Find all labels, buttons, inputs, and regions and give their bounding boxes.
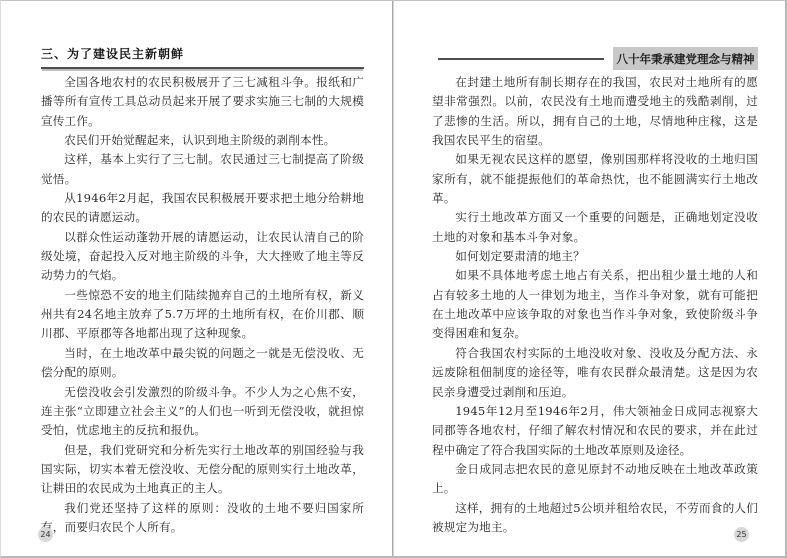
paragraph: 1945年12月至1946年2月，伟大领袖金日成同志视察大同郡等各地农村，仔细了… bbox=[432, 402, 758, 460]
left-running-head-text: 三、为了建设民主新朝鲜 bbox=[41, 47, 184, 61]
book-spread: 三、为了建设民主新朝鲜 全国各地农村的农民积极展开了三七减租斗争。报纸和广播等所… bbox=[0, 0, 787, 558]
right-running-head-box: 八十年秉承建党理念与精神 bbox=[613, 47, 758, 70]
paragraph: 我们党还坚持了这样的原则：没收的土地不要归国家所有，而要归农民个人所有。 bbox=[41, 499, 364, 538]
paragraph: 如何划定要肃清的地主？ bbox=[432, 247, 758, 266]
right-running-head: 八十年秉承建党理念与精神 bbox=[438, 47, 758, 70]
paragraph: 无偿没收会引发激烈的阶级斗争。不少人为之心焦不安，连主张“立即建立社会主义”的人… bbox=[41, 383, 364, 441]
paragraph: 以群众性运动蓬勃开展的请愿运动，让农民认清自己的阶级处境，奋起投入反对地主阶级的… bbox=[41, 228, 364, 286]
page-left: 三、为了建设民主新朝鲜 全国各地农村的农民积极展开了三七减租斗争。报纸和广播等所… bbox=[1, 1, 393, 556]
left-page-body: 全国各地农村的农民积极展开了三七减租斗争。报纸和广播等所有宣传工具总动员起来开展… bbox=[41, 73, 364, 537]
page-number-left: 24 bbox=[38, 527, 53, 542]
paragraph: 全国各地农村的农民积极展开了三七减租斗争。报纸和广播等所有宣传工具总动员起来开展… bbox=[41, 73, 364, 131]
paragraph: 如果无视农民这样的愿望，像别国那样将没收的土地归国家所有，就不能提振他们的革命热… bbox=[432, 150, 758, 208]
page-right: 八十年秉承建党理念与精神 在封建土地所有制长期存在的我国，农民对土地所有的愿望非… bbox=[393, 1, 785, 556]
paragraph: 实行土地改革方面又一个重要的问题是，正确地划定没收土地的对象和基本斗争对象。 bbox=[432, 208, 758, 247]
paragraph: 一些惊恐不安的地主们陆续抛弃自己的土地所有权，新义州共有24名地主放弃了5.7万… bbox=[41, 286, 364, 344]
paragraph: 如果不具体地考虑土地占有关系，把出租少量土地的人和占有较多土地的人一律划为地主，… bbox=[432, 266, 758, 343]
paragraph: 农民们开始觉醒起来，认识到地主阶级的剥削本性。 bbox=[41, 131, 364, 150]
paragraph: 符合我国农村实际的土地没收对象、没收及分配方法、永远废除租佃制度的途径等，唯有农… bbox=[432, 344, 758, 402]
paragraph: 当时，在土地改革中最尖锐的问题之一就是无偿没收、无偿分配的原则。 bbox=[41, 344, 364, 383]
paragraph: 这样，拥有的土地超过5公顷并租给农民，不劳而食的人们被规定为地主。 bbox=[432, 499, 758, 538]
paragraph: 金日成同志把农民的意见原封不动地反映在土地改革政策上。 bbox=[432, 460, 758, 499]
page-number-right: 25 bbox=[734, 527, 749, 542]
left-running-head: 三、为了建设民主新朝鲜 bbox=[41, 45, 364, 69]
paragraph: 这样，基本上实行了三七制。农民通过三七制提高了阶级觉悟。 bbox=[41, 150, 364, 189]
paragraph: 但是，我们党研究和分析先实行土地改革的别国经验与我国实际，切实本着无偿没收、无偿… bbox=[41, 441, 364, 499]
right-page-body: 在封建土地所有制长期存在的我国，农民对土地所有的愿望非常强烈。以前，农民没有土地… bbox=[432, 73, 758, 537]
paragraph: 从1946年2月起，我国农民积极展开要求把土地分给耕地的农民的请愿运动。 bbox=[41, 189, 364, 228]
running-head-rule bbox=[438, 58, 604, 60]
paragraph: 在封建土地所有制长期存在的我国，农民对土地所有的愿望非常强烈。以前，农民没有土地… bbox=[432, 73, 758, 150]
